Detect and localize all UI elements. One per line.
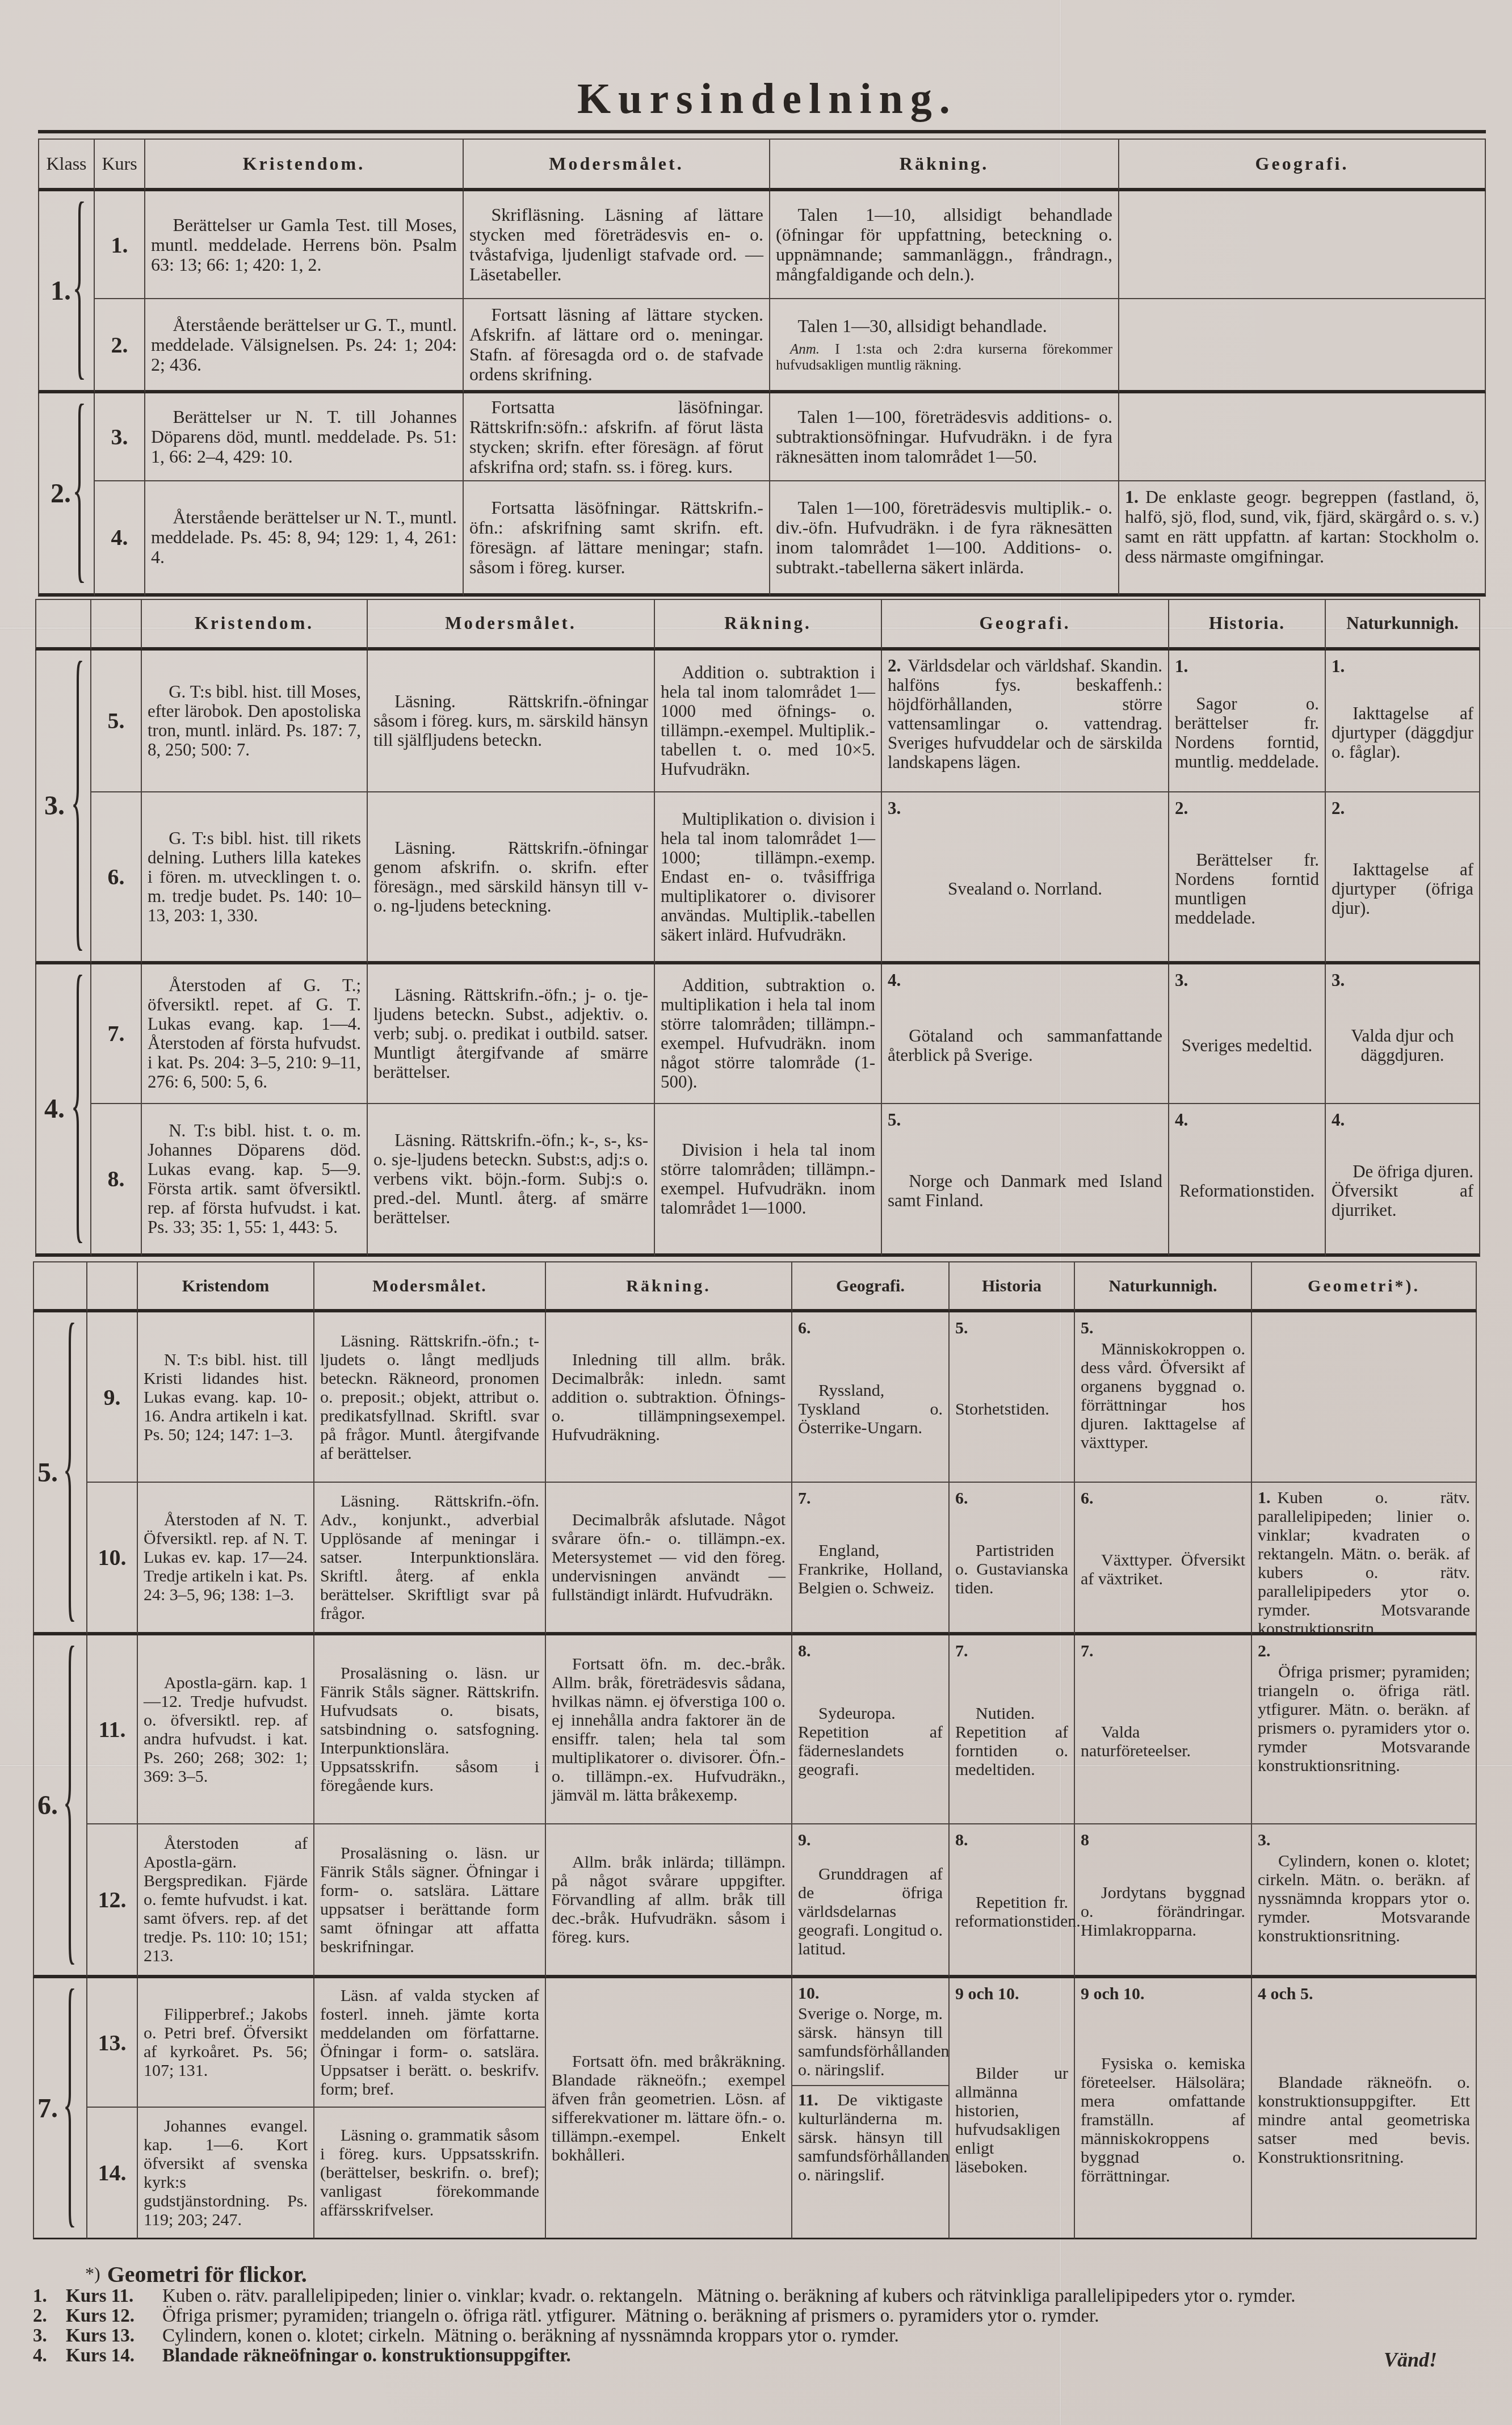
kurs-number: 2.	[95, 299, 145, 393]
topic-number: 9.	[798, 1829, 943, 1852]
rakning-cell: Inledning till allm. bråk. Decimalbråk: …	[546, 1312, 792, 1483]
modersmalet-cell: Läsning. Rättskrifn.-öfningar såsom i fö…	[368, 651, 655, 792]
curly-brace-icon	[73, 202, 86, 380]
cell-text: Läsning. Rättskrifn.-öfn.; t-ljudets o. …	[320, 1332, 539, 1463]
cell-text: Valda naturföreteelser.	[1081, 1723, 1245, 1760]
cell-text: Grunddragen af de öfriga världsdelarnas …	[798, 1865, 943, 1958]
historia-cell: 3.Sveriges medeltid.	[1169, 964, 1326, 1104]
footnote-item-text: Öfriga prismer; pyramiden; triangeln o. …	[162, 2306, 1468, 2326]
cell-text: Blandade räkneöfn. o. konstruktionsuppgi…	[1258, 2073, 1470, 2167]
rakning-cell: Multiplikation o. division i hela tal in…	[655, 792, 882, 964]
cell-text: Götaland och sammanfattande återblick på…	[888, 1026, 1162, 1065]
cell-text: Fysiska o. kemiska företeelser. Hälsolär…	[1081, 2054, 1245, 2185]
cell-text: Decimalbråk afslutade. Något svårare öfn…	[552, 1511, 786, 1604]
geografi-cell-merged: 10. Sverige o. Norge, m. särsk. hänsyn t…	[792, 1978, 950, 2239]
kristendom-cell: Återstående berättelser ur G. T., muntl.…	[145, 299, 464, 393]
cell-text: England, Frankrike, Holland, Belgien o. …	[798, 1541, 943, 1597]
footnote-item-number: 1.	[33, 2286, 66, 2306]
topic-number: 5.	[888, 1109, 1162, 1131]
curly-brace-icon	[73, 404, 86, 583]
kristendom-cell: Apostla-gärn. kap. 1—12. Tredje hufvudst…	[138, 1635, 314, 1824]
klass-6: 6.	[33, 1635, 87, 1978]
kurs-number: 9.	[87, 1312, 138, 1483]
klass-number: 3.	[44, 796, 65, 816]
kristendom-cell: Återstoden af G. T.; öfversiktl. repet. …	[142, 964, 368, 1104]
kurs-number: 13.	[87, 1978, 138, 2108]
cell-text: Återstoden af G. T.; öfversiktl. repet. …	[148, 976, 361, 1092]
cell-text: Läsning. Rättskrifn.-öfningar genom afsk…	[373, 838, 648, 916]
footnote-list: 1. Kurs 11. Kuben o. rätv. parallelipipe…	[33, 2286, 1468, 2366]
footnote-marker: *)	[85, 2263, 100, 2284]
cell-text: Läsn. af valda stycken af fosterl. inneh…	[320, 1986, 539, 2099]
footnote-item-kurs: Kurs 11.	[66, 2286, 162, 2306]
klass-1: 1.	[38, 191, 95, 393]
header-historia: Historia	[950, 1261, 1075, 1312]
cell-text: Ryssland, Tyskland o. Österrike-Ungarn.	[798, 1381, 943, 1437]
cell-text: Iakttagelse af djurtyper (öfriga djur).	[1332, 860, 1473, 918]
kurs-number: 6.	[91, 792, 142, 964]
cell-text: Talen 1—30, allsidigt behandlade.	[776, 316, 1112, 336]
klass-2: 2.	[38, 393, 95, 597]
cell-text: Svealand o. Norrland.	[888, 879, 1162, 899]
cell-text: Fortsatta läsöfningar. Rättskrifn:söfn.:…	[469, 397, 763, 477]
modersmalet-cell: Läsning. Rättskrifn.-öfn.; j- o. tje-lju…	[368, 964, 655, 1104]
cell-text: Talen 1—10, allsidigt behandlade (öfning…	[776, 205, 1112, 284]
topic-number: 4 och 5.	[1258, 1983, 1470, 2006]
cell-text: Repetition fr. reformationstiden.	[955, 1893, 1068, 1931]
curly-brace-icon	[64, 1323, 76, 1622]
modersmalet-cell: Läsning. Rättskrifn.-öfn.; t-ljudets o. …	[314, 1312, 546, 1483]
topic-number: 1.	[1332, 655, 1473, 678]
naturkunnighet-cell: 5.Människokroppen o. dess vård. Öfversik…	[1075, 1312, 1252, 1483]
topic-number: 10.	[798, 1983, 943, 2004]
topic-number: 3.	[1258, 1829, 1470, 1852]
geografi-cell-empty	[1119, 299, 1486, 393]
row-divider	[792, 2085, 948, 2086]
topic-number: 5.	[955, 1317, 1068, 1340]
topic-number: 7.	[955, 1640, 1068, 1663]
klass-3: 3.	[35, 651, 91, 964]
cell-text: Återstående berättelser ur N. T., muntl.…	[151, 507, 457, 567]
geografi-cell: 8.Sydeuropa. Repetition af fäderneslande…	[792, 1635, 950, 1824]
cell-text: Människokroppen o. dess vård. Öfversikt …	[1081, 1340, 1245, 1452]
cell-text: Prosaläsning o. läsn. ur Fänrik Ståls sä…	[320, 1664, 539, 1795]
footnote-item-kurs: Kurs 12.	[66, 2306, 162, 2326]
cell-text: Fortsatt öfn. med bråkräkning. Blandade …	[552, 2052, 786, 2164]
kurs-number: 3.	[95, 393, 145, 481]
kurs-number: 10.	[87, 1483, 138, 1635]
footnote-item-text: Kuben o. rätv. parallelipipeden; linier …	[162, 2286, 1468, 2306]
cell-text: Läsning o. grammatik såsom i föreg. kurs…	[320, 2126, 539, 2220]
cell-text: Växttyper. Öfversikt af växtriket.	[1081, 1551, 1245, 1588]
geografi-cell: 5.Norge och Danmark med Island samt Finl…	[882, 1104, 1169, 1257]
geografi-cell-empty	[1119, 191, 1486, 299]
cell-text: Multiplikation o. division i hela tal in…	[661, 809, 875, 945]
cell-text: Fortsatta läsöfningar. Rättskrifn.-öfn.:…	[469, 498, 763, 577]
klass-number: 6.	[37, 1796, 58, 1815]
topic-number: 2.	[1258, 1640, 1470, 1663]
course-table-classes-3-4: Kristendom. Modersmålet. Räkning. Geogra…	[35, 599, 1480, 1257]
curly-brace-icon	[72, 975, 84, 1243]
cell-text: Sagor o. berättelser fr. Nordens forntid…	[1175, 694, 1319, 771]
geografi-cell: 6.Ryssland, Tyskland o. Österrike-Ungarn…	[792, 1312, 950, 1483]
topic-number: 9 och 10.	[955, 1983, 1068, 2006]
kristendom-cell: Återstoden af N. T. Öfversiktl. rep. af …	[138, 1483, 314, 1635]
kristendom-cell: G. T:s bibl. hist. till Moses, efter lär…	[142, 651, 368, 792]
geografi-cell: 3.Svealand o. Norrland.	[882, 792, 1169, 964]
topic-number: 5.	[1081, 1317, 1245, 1340]
footnote-item-number: 2.	[33, 2306, 66, 2326]
historia-cell: 1.Sagor o. berättelser fr. Nordens fornt…	[1169, 651, 1326, 792]
cell-text: Bilder ur allmänna historien, hufvudsakl…	[955, 2064, 1068, 2176]
topic-number: 6.	[798, 1317, 943, 1340]
cell-text: Partistriden o. Gustavianska tiden.	[955, 1541, 1068, 1597]
kurs-number: 11.	[87, 1635, 138, 1824]
header-rakning: Räkning.	[655, 599, 882, 651]
cell-text: Talen 1—100, företrädesvis multiplik.- o…	[776, 498, 1112, 577]
historia-cell-merged: 9 och 10.Bilder ur allmänna historien, h…	[950, 1978, 1075, 2239]
page-title: Kursindelning.	[577, 77, 957, 120]
klass-number: 5.	[37, 1463, 58, 1482]
topic-number: 4.	[1175, 1109, 1319, 1131]
geometri-cell: 3.Cylindern, konen o. klotet; cirkeln. M…	[1252, 1824, 1477, 1978]
footnote-item-text: Blandade räkneöfningar o. konstruktionsu…	[162, 2346, 1468, 2366]
cell-text: 11. De viktigaste kulturländerna m. särs…	[798, 2091, 943, 2184]
course-table-classes-1-2: Klass Kurs Kristendom. Modersmålet. Räkn…	[38, 140, 1486, 597]
rakning-cell: Decimalbråk afslutade. Något svårare öfn…	[546, 1483, 792, 1635]
cell-text: Sverige o. Norge, m. särsk. hänsyn till …	[798, 2004, 943, 2079]
cell-text: Läsning. Rättskrifn.-öfningar såsom i fö…	[373, 692, 648, 750]
cell-text: Skrifläsning. Läsning af lättare stycken…	[469, 205, 763, 284]
course-table-classes-5-7: Kristendom Modersmålet. Räkning. Geograf…	[33, 1261, 1477, 2239]
kristendom-cell: Berättelser ur Gamla Test. till Moses, m…	[145, 191, 464, 299]
footnote-item-kurs: Kurs 13.	[66, 2326, 162, 2346]
topic-number: 3.	[1175, 969, 1319, 992]
cell-text: Läsning. Rättskrifn.-öfn.; j- o. tje-lju…	[373, 985, 648, 1082]
curly-brace-icon	[72, 661, 84, 951]
historia-cell: 6.Partistriden o. Gustavianska tiden.	[950, 1483, 1075, 1635]
geografi-cell: 1.De enklaste geogr. begreppen (fastland…	[1119, 481, 1486, 597]
footnote-item-kurs: Kurs 14.	[66, 2346, 162, 2366]
topic-number: 4.	[1332, 1109, 1473, 1131]
cell-text: Allm. bråk inlärda; tillämpn. på något s…	[552, 1853, 786, 1946]
naturkunnighet-cell: 7.Valda naturföreteelser.	[1075, 1635, 1252, 1824]
historia-cell: 7.Nutiden. Repetition af forntiden o. me…	[950, 1635, 1075, 1824]
naturkunnighet-cell: 1.Iakttagelse af djurtyper (däggdjur o. …	[1326, 651, 1480, 792]
header-geografi: Geografi.	[1119, 140, 1486, 191]
modersmalet-cell: Fortsatt läsning af lättare stycken. Afs…	[464, 299, 770, 393]
cell-text: N. T:s bibl. hist. till Kristi lidandes …	[144, 1350, 308, 1444]
cell-text: Johannes evangel. kap. 1—6. Kort öfversi…	[144, 2117, 308, 2229]
curly-brace-icon	[64, 1988, 76, 2227]
naturkunnighet-cell: 3.Valda djur och däggdjuren.	[1326, 964, 1480, 1104]
modersmalet-cell: Prosaläsning o. läsn. ur Fänrik Ståls sä…	[314, 1824, 546, 1978]
kurs-number: 8.	[91, 1104, 142, 1257]
cell-text: Återstoden af N. T. Öfversiktl. rep. af …	[144, 1511, 308, 1604]
header-kurs-empty	[87, 1261, 138, 1312]
header-geografi: Geografi.	[882, 599, 1169, 651]
topic-number: 1.	[1125, 486, 1139, 507]
modersmalet-cell: Prosaläsning o. läsn. ur Fänrik Ståls sä…	[314, 1635, 546, 1824]
kurs-number: 12.	[87, 1824, 138, 1978]
geometri-cell: 2.Öfriga prismer; pyramiden; triangeln o…	[1252, 1635, 1477, 1824]
topic-number: 7.	[798, 1487, 943, 1510]
header-geografi: Geografi.	[792, 1261, 950, 1312]
geografi-cell: 4.Götaland och sammanfattande återblick …	[882, 964, 1169, 1104]
klass-5: 5.	[33, 1312, 87, 1635]
cell-text: G. T:s bibl. hist. till rikets delning. …	[148, 829, 361, 925]
header-rakning: Räkning.	[546, 1261, 792, 1312]
cell-text: Filipperbref.; Jakobs o. Petri bref. Öfv…	[144, 2005, 308, 2080]
modersmalet-cell: Skrifläsning. Läsning af lättare stycken…	[464, 191, 770, 299]
cell-text: 1.Kuben o. rätv. parallelipipeden; linie…	[1258, 1488, 1470, 1638]
rakning-cell: Addition, subtraktion o. multiplikation …	[655, 964, 882, 1104]
historia-cell: 5.Storhetstiden.	[950, 1312, 1075, 1483]
header-geometri: Geometri*).	[1252, 1261, 1477, 1312]
cell-text: 1.De enklaste geogr. begreppen (fastland…	[1125, 487, 1479, 567]
cell-text: Apostla-gärn. kap. 1—12. Tredje hufvudst…	[144, 1673, 308, 1786]
turn-page-note: Vänd!	[1384, 2348, 1437, 2372]
cell-text: Storhetstiden.	[955, 1400, 1068, 1419]
kurs-number: 14.	[87, 2108, 138, 2239]
header-modersmalet: Modersmålet.	[314, 1261, 546, 1312]
geometri-cell-empty	[1252, 1312, 1477, 1483]
cell-text: Berättelser ur Gamla Test. till Moses, m…	[151, 215, 457, 275]
topic-number: 3.	[1332, 969, 1473, 992]
rakning-cell: Allm. bråk inlärda; tillämpn. på något s…	[546, 1824, 792, 1978]
modersmalet-cell: Fortsatta läsöfningar. Rättskrifn:söfn.:…	[464, 393, 770, 481]
topic-number: 1.	[1175, 655, 1319, 678]
footnote-item-text: Cylindern, konen o. klotet; cirkeln. Mät…	[162, 2326, 1468, 2346]
naturkunnighet-cell: 4.De öfriga djuren. Öfversikt af djurrik…	[1326, 1104, 1480, 1257]
cell-text: Sydeuropa. Repetition af fäderneslandets…	[798, 1704, 943, 1779]
klass-number: 1.	[51, 281, 71, 301]
header-naturkunnighet: Naturkunnigh.	[1326, 599, 1480, 651]
header-kristendom: Kristendom.	[142, 599, 368, 651]
naturkunnighet-cell: 2.Iakttagelse af djurtyper (öfriga djur)…	[1326, 792, 1480, 964]
top-double-rule	[38, 130, 1486, 140]
topic-number: 2.	[1332, 797, 1473, 820]
historia-cell: 8.Repetition fr. reformationstiden.	[950, 1824, 1075, 1978]
topic-number: 6.	[1081, 1487, 1245, 1510]
rakning-cell-merged: Fortsatt öfn. med bråkräkning. Blandade …	[546, 1978, 792, 2239]
modersmalet-cell: Läsning o. grammatik såsom i föreg. kurs…	[314, 2108, 546, 2239]
modersmalet-cell: Läsn. af valda stycken af fosterl. inneh…	[314, 1978, 546, 2108]
naturkunnighet-cell: 8Jordytans byggnad o. förändringar. Himl…	[1075, 1824, 1252, 1978]
cell-text: Sveriges medeltid.	[1175, 1036, 1319, 1055]
kristendom-cell: Filipperbref.; Jakobs o. Petri bref. Öfv…	[138, 1978, 314, 2108]
cell-text: Nutiden. Repetition af forntiden o. mede…	[955, 1704, 1068, 1779]
cell-text: Läsning. Rättskrifn.-öfn.; k-, s-, ks- o…	[373, 1131, 648, 1227]
topic-text: Kuben o. rätv. parallelipipeden; linier …	[1258, 1488, 1470, 1638]
cell-text: Prosaläsning o. läsn. ur Fänrik Ståls sä…	[320, 1844, 539, 1956]
curly-brace-icon	[64, 1646, 76, 1965]
geografi-cell-empty	[1119, 393, 1486, 481]
naturkunnighet-cell-merged: 9 och 10.Fysiska o. kemiska företeelser.…	[1075, 1978, 1252, 2239]
header-modersmalet: Modersmålet.	[464, 140, 770, 191]
footnote-item-number: 3.	[33, 2326, 66, 2346]
rakning-cell: Talen 1—10, allsidigt behandlade (öfning…	[770, 191, 1119, 299]
rakning-cell: Talen 1—100, företrädesvis additions- o.…	[770, 393, 1119, 481]
header-kristendom: Kristendom.	[145, 140, 464, 191]
cell-text: Fortsatt läsning af lättare stycken. Afs…	[469, 305, 763, 384]
rakning-cell: Addition o. subtraktion i hela tal inom …	[655, 651, 882, 792]
header-naturkunnighet: Naturkunnigh.	[1075, 1261, 1252, 1312]
header-historia: Historia.	[1169, 599, 1326, 651]
cell-text: Fortsatt öfn. m. dec.-bråk. Allm. bråk, …	[552, 1655, 786, 1805]
modersmalet-cell: Läsning. Rättskrifn.-öfn. Adv., konjunkt…	[314, 1483, 546, 1635]
modersmalet-cell: Fortsatta läsöfningar. Rättskrifn.-öfn.:…	[464, 481, 770, 597]
topic-number: 8	[1081, 1829, 1245, 1852]
geometri-cell-merged: 4 och 5.Blandade räkneöfn. o. konstrukti…	[1252, 1978, 1477, 2239]
footnote-item-number: 4.	[33, 2346, 66, 2366]
geografi-cell: 2.Världsdelar och världshaf. Skandin. ha…	[882, 651, 1169, 792]
cell-text: Valda djur och däggdjuren.	[1332, 1026, 1473, 1065]
footnote-title: *)Geometri för flickor.	[85, 2262, 307, 2286]
kristendom-cell: Återstoden af Apostla-gärn. Bergspredika…	[138, 1824, 314, 1978]
cell-text: Öfriga prismer; pyramiden; triangeln o. …	[1258, 1663, 1470, 1775]
cell-text: Återstående berättelser ur G. T., muntl.…	[151, 315, 457, 375]
kurs-number: 4.	[95, 481, 145, 597]
kurs-number: 7.	[91, 964, 142, 1104]
cell-text: G. T:s bibl. hist. till Moses, efter lär…	[148, 682, 361, 760]
footnote-heading: Geometri för flickor.	[107, 2262, 307, 2287]
cell-text: Cylindern, konen o. klotet; cirkeln. Mät…	[1258, 1852, 1470, 1945]
cell-text: Norge och Danmark med Island samt Finlan…	[888, 1172, 1162, 1210]
cell-text: Division i hela tal inom större talområd…	[661, 1140, 875, 1218]
cell-text: Talen 1—100, företrädesvis additions- o.…	[776, 407, 1112, 467]
historia-cell: 2.Berättelser fr. Nordens forntid muntli…	[1169, 792, 1326, 964]
topic-number: 1.	[1258, 1488, 1271, 1507]
topic-number: 6.	[955, 1487, 1068, 1510]
note-label: Anm.	[790, 342, 820, 357]
topic-number: 7.	[1081, 1640, 1245, 1663]
cell-text: Läsning. Rättskrifn.-öfn. Adv., konjunkt…	[320, 1492, 539, 1623]
header-kurs: Kurs	[95, 140, 145, 191]
header-rakning: Räkning.	[770, 140, 1119, 191]
modersmalet-cell: Läsning. Rättskrifn.-öfn.; k-, s-, ks- o…	[368, 1104, 655, 1257]
topic-text: Världsdelar och världshaf. Skandin. half…	[888, 656, 1162, 772]
cell-text: Berättelser fr. Nordens forntid muntlige…	[1175, 850, 1319, 928]
annotation-note: Anm. I 1:sta och 2:dra kurserna förekomm…	[776, 342, 1112, 374]
cell-text: Addition, subtraktion o. multiplikation …	[661, 976, 875, 1092]
header-klass-empty	[33, 1261, 87, 1312]
topic-text: De enklaste geogr. begreppen (fastland, …	[1125, 486, 1479, 567]
note-text: I 1:sta och 2:dra kurserna förekommer hu…	[776, 342, 1112, 373]
topic-number: 9 och 10.	[1081, 1983, 1245, 2006]
naturkunnighet-cell: 6.Växttyper. Öfversikt af växtriket.	[1075, 1483, 1252, 1635]
cell-text: De öfriga djuren. Öfversikt af djurriket…	[1332, 1162, 1473, 1220]
rakning-cell: Fortsatt öfn. m. dec.-bråk. Allm. bråk, …	[546, 1635, 792, 1824]
cell-text: Addition o. subtraktion i hela tal inom …	[661, 663, 875, 779]
topic-number: 8.	[955, 1829, 1068, 1852]
geometri-cell: 1.Kuben o. rätv. parallelipipeden; linie…	[1252, 1483, 1477, 1635]
cell-text: Berättelser ur N. T. till Johannes Döpar…	[151, 407, 457, 467]
header-klass: Klass	[38, 140, 95, 191]
kristendom-cell: N. T:s bibl. hist. till Kristi lidandes …	[138, 1312, 314, 1483]
topic-number: 3.	[888, 797, 1162, 820]
cell-text: Reformationstiden.	[1175, 1181, 1319, 1201]
rakning-cell: Talen 1—100, företrädesvis multiplik.- o…	[770, 481, 1119, 597]
kristendom-cell: Återstående berättelser ur N. T., muntl.…	[145, 481, 464, 597]
kurs-number: 1.	[95, 191, 145, 299]
geografi-cell: 7.England, Frankrike, Holland, Belgien o…	[792, 1483, 950, 1635]
header-modersmalet: Modersmålet.	[368, 599, 655, 651]
topic-number: 8.	[798, 1640, 943, 1663]
cell-text: Återstoden af Apostla-gärn. Bergspredika…	[144, 1834, 308, 1965]
kristendom-cell: G. T:s bibl. hist. till rikets delning. …	[142, 792, 368, 964]
cell-text: Inledning till allm. bråk. Decimalbråk: …	[552, 1350, 786, 1444]
kristendom-cell: Berättelser ur N. T. till Johannes Döpar…	[145, 393, 464, 481]
header-klass-empty	[35, 599, 91, 651]
klass-4: 4.	[35, 964, 91, 1257]
klass-number: 7.	[37, 2099, 58, 2117]
klass-number: 4.	[44, 1100, 65, 1119]
geografi-cell: 9.Grunddragen af de öfriga världsdelarna…	[792, 1824, 950, 1978]
topic-number: 2.	[1175, 797, 1319, 820]
klass-7: 7.	[33, 1978, 87, 2239]
header-kurs-empty	[91, 599, 142, 651]
kristendom-cell: Johannes evangel. kap. 1—6. Kort öfversi…	[138, 2108, 314, 2239]
historia-cell: 4.Reformationstiden.	[1169, 1104, 1326, 1257]
rakning-cell: Talen 1—30, allsidigt behandlade. Anm. I…	[770, 299, 1119, 393]
cell-text: Iakttagelse af djurtyper (däggdjur o. få…	[1332, 704, 1473, 762]
topic-text: De viktigaste kulturländerna m. särsk. h…	[798, 2091, 950, 2184]
cell-text: N. T:s bibl. hist. t. o. m. Johannes Döp…	[148, 1121, 361, 1237]
cell-text: Jordytans byggnad o. förändringar. Himla…	[1081, 1883, 1245, 1940]
klass-number: 2.	[51, 484, 71, 504]
header-kristendom: Kristendom	[138, 1261, 314, 1312]
kurs-number: 5.	[91, 651, 142, 792]
topic-number: 2.	[888, 656, 901, 676]
cell-text: 2.Världsdelar och världshaf. Skandin. ha…	[888, 656, 1162, 772]
topic-number: 11.	[798, 2091, 818, 2109]
rakning-cell: Division i hela tal inom större talområd…	[655, 1104, 882, 1257]
kristendom-cell: N. T:s bibl. hist. t. o. m. Johannes Döp…	[142, 1104, 368, 1257]
modersmalet-cell: Läsning. Rättskrifn.-öfningar genom afsk…	[368, 792, 655, 964]
topic-number: 4.	[888, 969, 1162, 992]
